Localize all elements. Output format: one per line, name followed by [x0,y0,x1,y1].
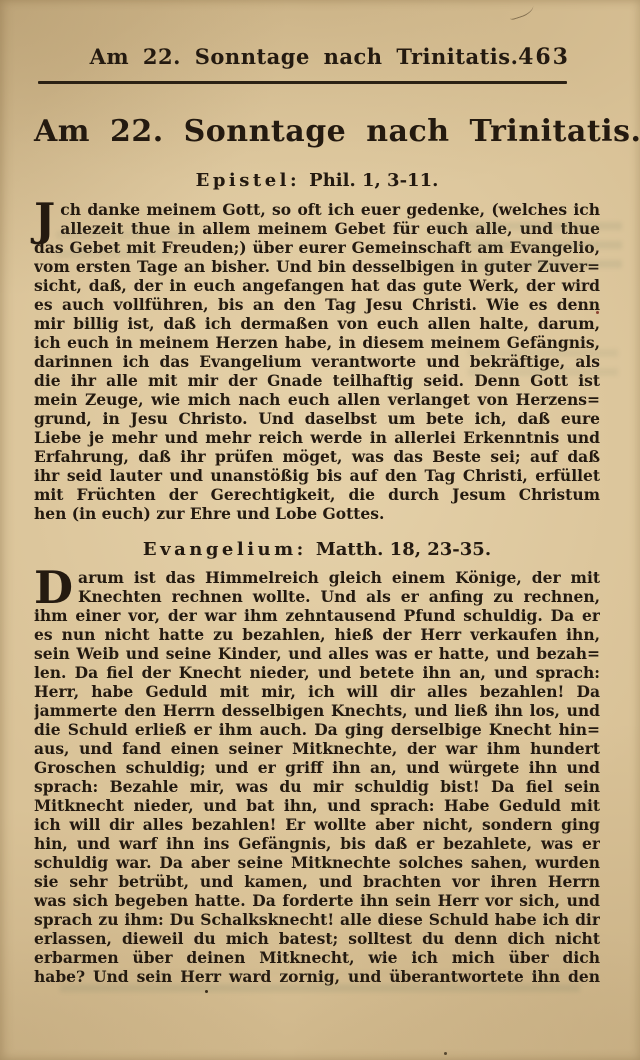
text-line: Liebe je mehr und mehr reich werde in al… [34,428,600,447]
text-line: Herr, habe Geduld mit mir, ich will dir … [34,682,600,701]
page-title: Am 22. Sonntage nach Trinitatis. [34,112,600,152]
text-line: Knechten rechnen wollte. Und als er anfi… [78,587,600,606]
verso-showthrough [56,228,196,262]
gospel-heading-label: Evangelium: [143,539,307,560]
verso-showthrough [60,972,580,996]
gospel-heading: Evangelium:Matth. 18, 23-35. [34,538,600,562]
gospel-text: D arum ist das Himmelreich gleich einem … [34,568,600,986]
text-line: erbarmen über deinen Mitknecht, wie ich … [34,948,600,967]
text-line: sprach zu ihm: Du Schalksknecht! alle di… [34,910,600,929]
text-line: sie sehr betrübt, und kamen, und brachte… [34,872,600,891]
text-line: mit Früchten der Gerechtigkeit, die durc… [34,485,600,504]
paper-speck [444,1052,447,1055]
text-line: grund, in Jesu Christo. Und daselbst um … [34,409,600,428]
header-rule [38,81,567,84]
text-line: ihm einer vor, der war ihm zehntausend P… [34,606,600,625]
text-line: erlassen, dieweil du mich batest; sollte… [34,929,600,948]
text-line: len. Da fiel der Knecht nieder, und bete… [34,663,600,682]
text-line: es auch vollführen, bis an den Tag Jesu … [34,295,600,314]
text-line: es nun nicht hatte zu bezahlen, hieß der… [34,625,600,644]
text-line: Groschen schuldig; und er griff ihn an, … [34,758,600,777]
paper-speck [596,311,599,314]
gospel-dropcap: D [34,569,78,606]
page-number: 463 [518,44,570,70]
epistle-heading-label: Epistel: [196,170,301,191]
paper-scratch [507,0,536,20]
text-line: schuldig war. Da aber seine Mitknechte s… [34,853,600,872]
running-head-title: Am 22. Sonntage nach Trinitatis. [90,44,519,69]
text-line: mir billig ist, daß ich dermaßen von euc… [34,314,600,333]
text-line: ihr seid lauter und unanstößig bis auf d… [34,466,600,485]
gospel-heading-ref: Matth. 18, 23-35. [316,539,491,560]
text-line: sein Weib und seine Kinder, und alles wa… [34,644,600,663]
text-line: die Schuld erließ er ihm auch. Da ging d… [34,720,600,739]
epistle-heading: Epistel:Phil. 1, 3-11. [34,169,600,193]
epistle-heading-ref: Phil. 1, 3-11. [309,170,438,191]
text-line: arum ist das Himmelreich gleich einem Kö… [78,568,600,587]
text-line: sprach: Bezahle mir, was du mir schuldig… [34,777,600,796]
text-line: Mitknecht nieder, und bat ihn, und sprac… [34,796,600,815]
text-line: hen (in euch) zur Ehre und Lobe Gottes. [34,504,600,523]
gospel-section: Evangelium:Matth. 18, 23-35. D arum ist … [34,538,600,986]
paper-speck [205,990,208,993]
book-page: Am 22. Sonntage nach Trinitatis. 463 Am … [34,44,600,986]
text-line: ich will dir alles bezahlen! Er wollte a… [34,815,600,834]
text-line: was sich begeben hatte. Da forderte ihn … [34,891,600,910]
text-line: ch danke meinem Gott, so oft ich euer ge… [60,200,600,219]
text-line: hin, und warf ihn ins Gefängnis, bis daß… [34,834,600,853]
text-line: sicht, daß, der in euch angefangen hat d… [34,276,600,295]
text-line: jammerte den Herrn desselbigen Knechts, … [34,701,600,720]
running-head: Am 22. Sonntage nach Trinitatis. 463 [34,44,600,70]
text-line: aus, und fand einen seiner Mitknechte, d… [34,739,600,758]
verso-showthrough [468,344,618,380]
gospel-lines: arum ist das Himmelreich gleich einem Kö… [34,568,600,986]
text-line: mein Zeuge, wie mich nach euch allen ver… [34,390,600,409]
verso-showthrough [436,220,622,272]
text-line: Erfahrung, daß ihr prüfen möget, was das… [34,447,600,466]
